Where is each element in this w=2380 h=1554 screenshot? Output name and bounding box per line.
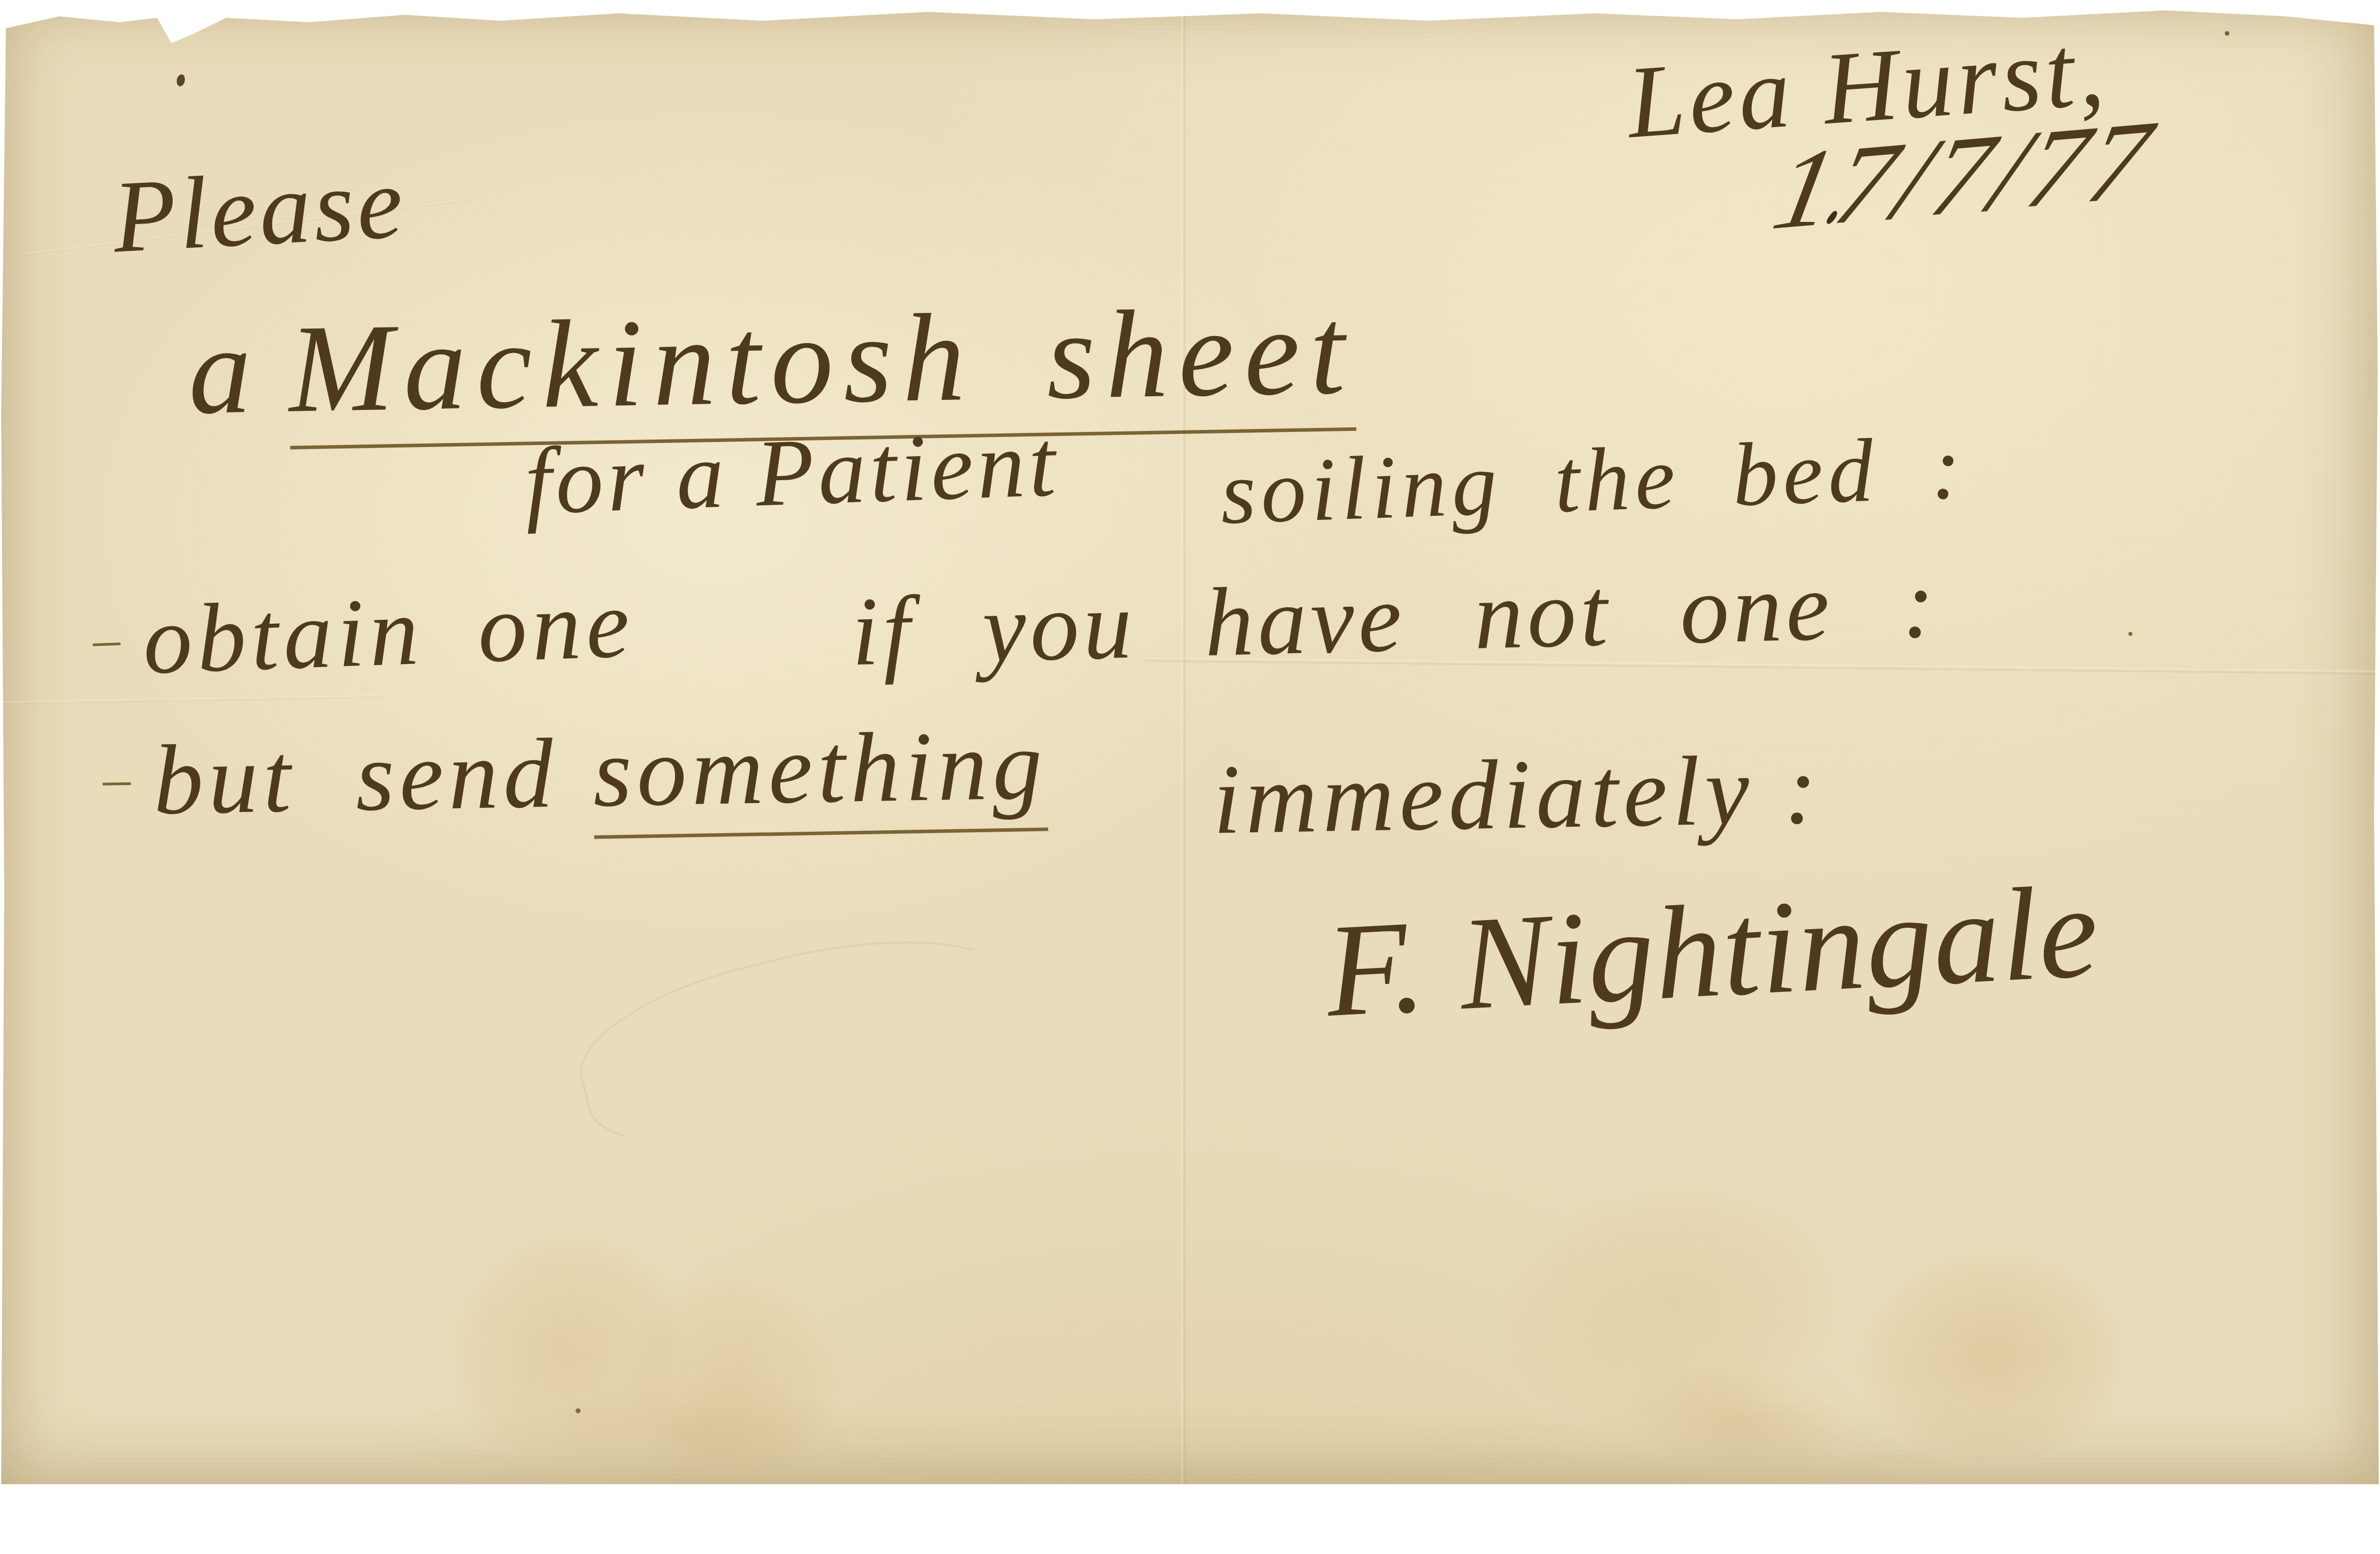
paper-fold-crease	[1181, 0, 1186, 1484]
ink-speck	[2225, 31, 2229, 36]
paper-fold-crease	[0, 695, 382, 704]
purpose-line-left: for a Patient	[523, 408, 1061, 536]
salutation: Please	[110, 143, 408, 277]
request-article: a	[187, 300, 263, 440]
obtain-line: –obtain one	[91, 567, 636, 698]
ink-speck	[176, 74, 186, 87]
paper-stain	[550, 1198, 916, 1484]
letter-paper: Lea Hurst, 17/7/77 Please aMackintosh sh…	[0, 0, 2380, 1484]
send-text: but send	[153, 718, 559, 835]
paper-stain	[1573, 1325, 1902, 1484]
ink-speck	[2128, 632, 2132, 636]
paper-stain	[1418, 1101, 1926, 1484]
purpose-line-right: soiling the bed :	[1219, 415, 1968, 545]
send-adverb: immediately :	[1212, 732, 1823, 856]
margin-dash: –	[92, 609, 126, 670]
ink-speck	[576, 1408, 581, 1413]
obtain-condition: if you have not one :	[850, 547, 1940, 689]
obtain-text: obtain one	[141, 569, 636, 695]
paper-stain	[1818, 1215, 2170, 1484]
signature: F. Nightingale	[1322, 855, 2102, 1048]
paper-stain	[412, 1195, 723, 1484]
send-emphasis-underlined: something	[592, 710, 1048, 839]
send-line: –but sendsomething	[102, 708, 1048, 838]
paper-stain	[502, 1356, 904, 1484]
pencil-mark	[564, 902, 1043, 1172]
margin-dash: –	[102, 747, 136, 809]
